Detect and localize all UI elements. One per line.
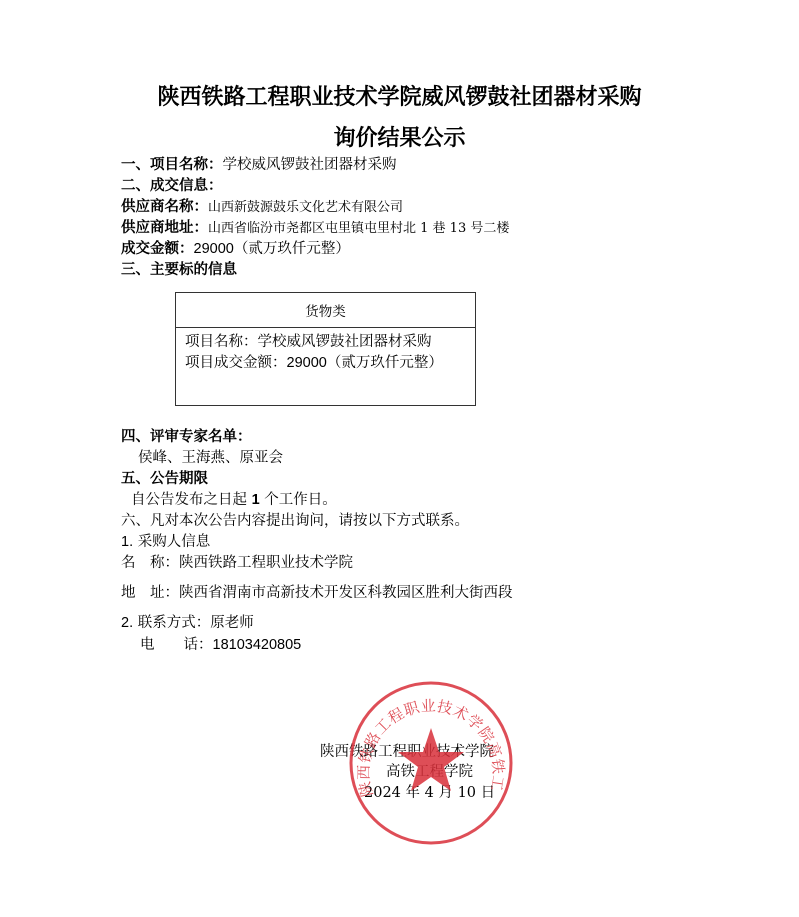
goods-item-amount-words: （贰万玖仟元整）	[327, 355, 443, 371]
purchaser-name-value: 陕西铁路工程职业技术学院	[179, 555, 353, 571]
purchaser-address-row: 地 址：陕西省渭南市高新技术开发区科教园区胜利大街西段	[121, 583, 513, 603]
notice-period-suffix: 个工作日。	[260, 492, 337, 508]
phone-label: 电 话：	[140, 637, 213, 653]
experts-list: 侯峰、王海燕、原亚会	[138, 448, 283, 468]
supplier-address-label: 供应商地址：	[121, 219, 208, 236]
notice-period-days: 1	[252, 492, 260, 508]
contact-number: 2.	[121, 615, 133, 631]
document-page: 陕西铁路工程职业技术学院威风锣鼓社团器材采购 询价结果公示 一、项目名称：学校威…	[0, 0, 799, 917]
goods-table-header: 货物类	[176, 293, 475, 328]
goods-item-amount-label: 项目成交金额：	[185, 355, 287, 371]
goods-item-amount-row: 项目成交金额：29000（贰万玖仟元整）	[185, 353, 475, 374]
purchaser-name-row: 名 称：陕西铁路工程职业技术学院	[121, 553, 353, 573]
section-deal-info-heading: 二、成交信息：	[121, 176, 223, 196]
contact-label: 联系方式：	[138, 615, 211, 631]
purchaser-info-heading: 1. 采购人信息	[121, 532, 210, 552]
supplier-name-value: 山西新鼓源鼓乐文化艺术有限公司	[208, 200, 403, 215]
section-heading: 一、项目名称：	[121, 156, 223, 173]
deal-amount-words: （贰万玖仟元整）	[234, 241, 350, 257]
goods-table-body: 项目名称：学校威风锣鼓社团器材采购 项目成交金额：29000（贰万玖仟元整）	[176, 328, 475, 374]
section-notice-period-heading: 五、公告期限	[121, 469, 208, 489]
section-main-items-heading: 三、主要标的信息	[121, 260, 237, 280]
contact-person-value: 原老师	[210, 615, 254, 631]
document-subtitle: 询价结果公示	[0, 121, 799, 152]
phone-row: 电 话：18103420805	[140, 635, 301, 655]
purchaser-address-value: 陕西省渭南市高新技术开发区科教园区胜利大街西段	[179, 585, 513, 601]
phone-value: 18103420805	[213, 637, 302, 653]
supplier-address-row: 供应商地址：山西省临汾市尧都区屯里镇屯里村北 1 巷 13 号二楼	[121, 218, 509, 239]
purchaser-address-label: 地 址：	[121, 585, 179, 601]
document-title: 陕西铁路工程职业技术学院威风锣鼓社团器材采购	[0, 80, 799, 111]
purchaser-info-number: 1.	[121, 534, 133, 550]
signature-org: 陕西铁路工程职业技术学院	[320, 740, 494, 761]
supplier-name-label: 供应商名称：	[121, 198, 208, 215]
supplier-address-value: 山西省临汾市尧都区屯里镇屯里村北 1 巷 13 号二楼	[208, 221, 509, 236]
section-experts-heading: 四、评审专家名单：	[121, 427, 252, 447]
goods-item-name-value: 学校威风锣鼓社团器材采购	[258, 334, 432, 350]
goods-table: 货物类 项目名称：学校威风锣鼓社团器材采购 项目成交金额：29000（贰万玖仟元…	[175, 292, 476, 406]
signature-date: 2024 年 4 月 10 日	[364, 781, 495, 802]
goods-item-name-label: 项目名称：	[185, 334, 258, 350]
deal-amount-number: 29000	[194, 241, 234, 257]
deal-amount-label: 成交金额：	[121, 240, 194, 257]
signature-dept: 高铁工程学院	[386, 760, 473, 781]
goods-item-name-row: 项目名称：学校威风锣鼓社团器材采购	[185, 332, 475, 353]
section-contact-heading: 六、凡对本次公告内容提出询问，请按以下方式联系。	[121, 511, 469, 531]
goods-item-amount-number: 29000	[287, 355, 327, 371]
section-project-name: 一、项目名称：学校威风锣鼓社团器材采购	[121, 155, 397, 175]
supplier-name-row: 供应商名称：山西新鼓源鼓乐文化艺术有限公司	[121, 197, 403, 218]
purchaser-info-label: 采购人信息	[138, 534, 211, 550]
deal-amount-row: 成交金额：29000（贰万玖仟元整）	[121, 239, 350, 259]
project-name-value: 学校威风锣鼓社团器材采购	[223, 157, 397, 173]
notice-period-prefix: 自公告发布之日起	[131, 492, 252, 508]
notice-period-text: 自公告发布之日起 1 个工作日。	[131, 490, 337, 510]
purchaser-name-label: 名 称：	[121, 555, 179, 571]
contact-person-row: 2. 联系方式：原老师	[121, 613, 254, 633]
